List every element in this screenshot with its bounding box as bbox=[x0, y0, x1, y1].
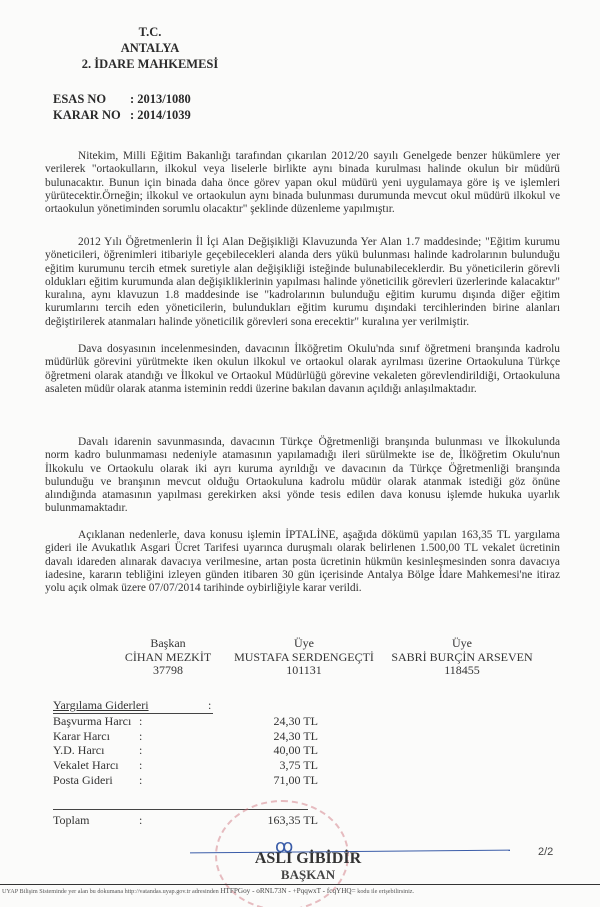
footer-text: UYAP Bilişim Sisteminde yer alan bu doku… bbox=[2, 888, 219, 895]
signer-name: ASLI GİBİDİR bbox=[228, 850, 388, 868]
verification-code: HTFPGoy - oRNL73N - +PqqwxT - fcqYHQ= bbox=[220, 887, 355, 895]
case-numbers: ESAS NO : 2013/1080 KARAR NO : 2014/1039 bbox=[53, 92, 191, 123]
footer-divider bbox=[0, 884, 600, 885]
paragraph-1: Nitekim, Milli Eğitim Bakanlığı tarafınd… bbox=[45, 150, 560, 216]
signer-role: BAŞKAN bbox=[228, 867, 388, 883]
paragraph-4: Davalı idarenin savunmasında, davacının … bbox=[45, 436, 560, 516]
header-tc: T.C. bbox=[0, 24, 300, 40]
cost-row: Posta Gideri:71,00 TL bbox=[53, 773, 318, 788]
header-city: ANTALYA bbox=[0, 40, 300, 56]
judge-name: SABRİ BURÇİN ARSEVEN bbox=[362, 651, 562, 665]
cost-row: Başvurma Harcı:24,30 TL bbox=[53, 714, 318, 729]
cost-row: Vekalet Harcı:3,75 TL bbox=[53, 758, 318, 773]
total-label: Toplam bbox=[53, 813, 139, 828]
cost-row: Y.D. Harcı:40,00 TL bbox=[53, 743, 318, 758]
esas-value: : 2013/1080 bbox=[130, 92, 191, 108]
uyap-footer: UYAP Bilişim Sisteminde yer alan bu doku… bbox=[2, 887, 600, 895]
paragraph-3: Dava dosyasının incelenmesinden, davacın… bbox=[45, 343, 560, 396]
header-court: 2. İDARE MAHKEMESİ bbox=[0, 56, 300, 72]
judge-id: 118455 bbox=[362, 664, 562, 678]
judge-role: Üye bbox=[362, 637, 562, 651]
footer-suffix: kodu ile erişebilirsiniz. bbox=[357, 888, 414, 895]
paragraph-2: 2012 Yılı Öğretmenlerin İl İçi Alan Deği… bbox=[45, 236, 560, 329]
karar-row: KARAR NO : 2014/1039 bbox=[53, 108, 191, 124]
karar-value: : 2014/1039 bbox=[130, 108, 191, 124]
esas-label: ESAS NO bbox=[53, 92, 130, 108]
karar-label: KARAR NO bbox=[53, 108, 130, 124]
paragraph-5: Açıklanan nedenlerle, dava konusu işlemi… bbox=[45, 529, 560, 595]
page-number: 2/2 bbox=[538, 846, 553, 858]
cost-row: Karar Harcı:24,30 TL bbox=[53, 729, 318, 744]
esas-row: ESAS NO : 2013/1080 bbox=[53, 92, 191, 108]
court-header: T.C. ANTALYA 2. İDARE MAHKEMESİ bbox=[0, 24, 300, 72]
costs-table: Yargılama Giderleri : Başvurma Harcı:24,… bbox=[53, 698, 318, 788]
judge-member-2: Üye SABRİ BURÇİN ARSEVEN 118455 bbox=[362, 637, 562, 678]
costs-title: Yargılama Giderleri : bbox=[53, 698, 213, 714]
